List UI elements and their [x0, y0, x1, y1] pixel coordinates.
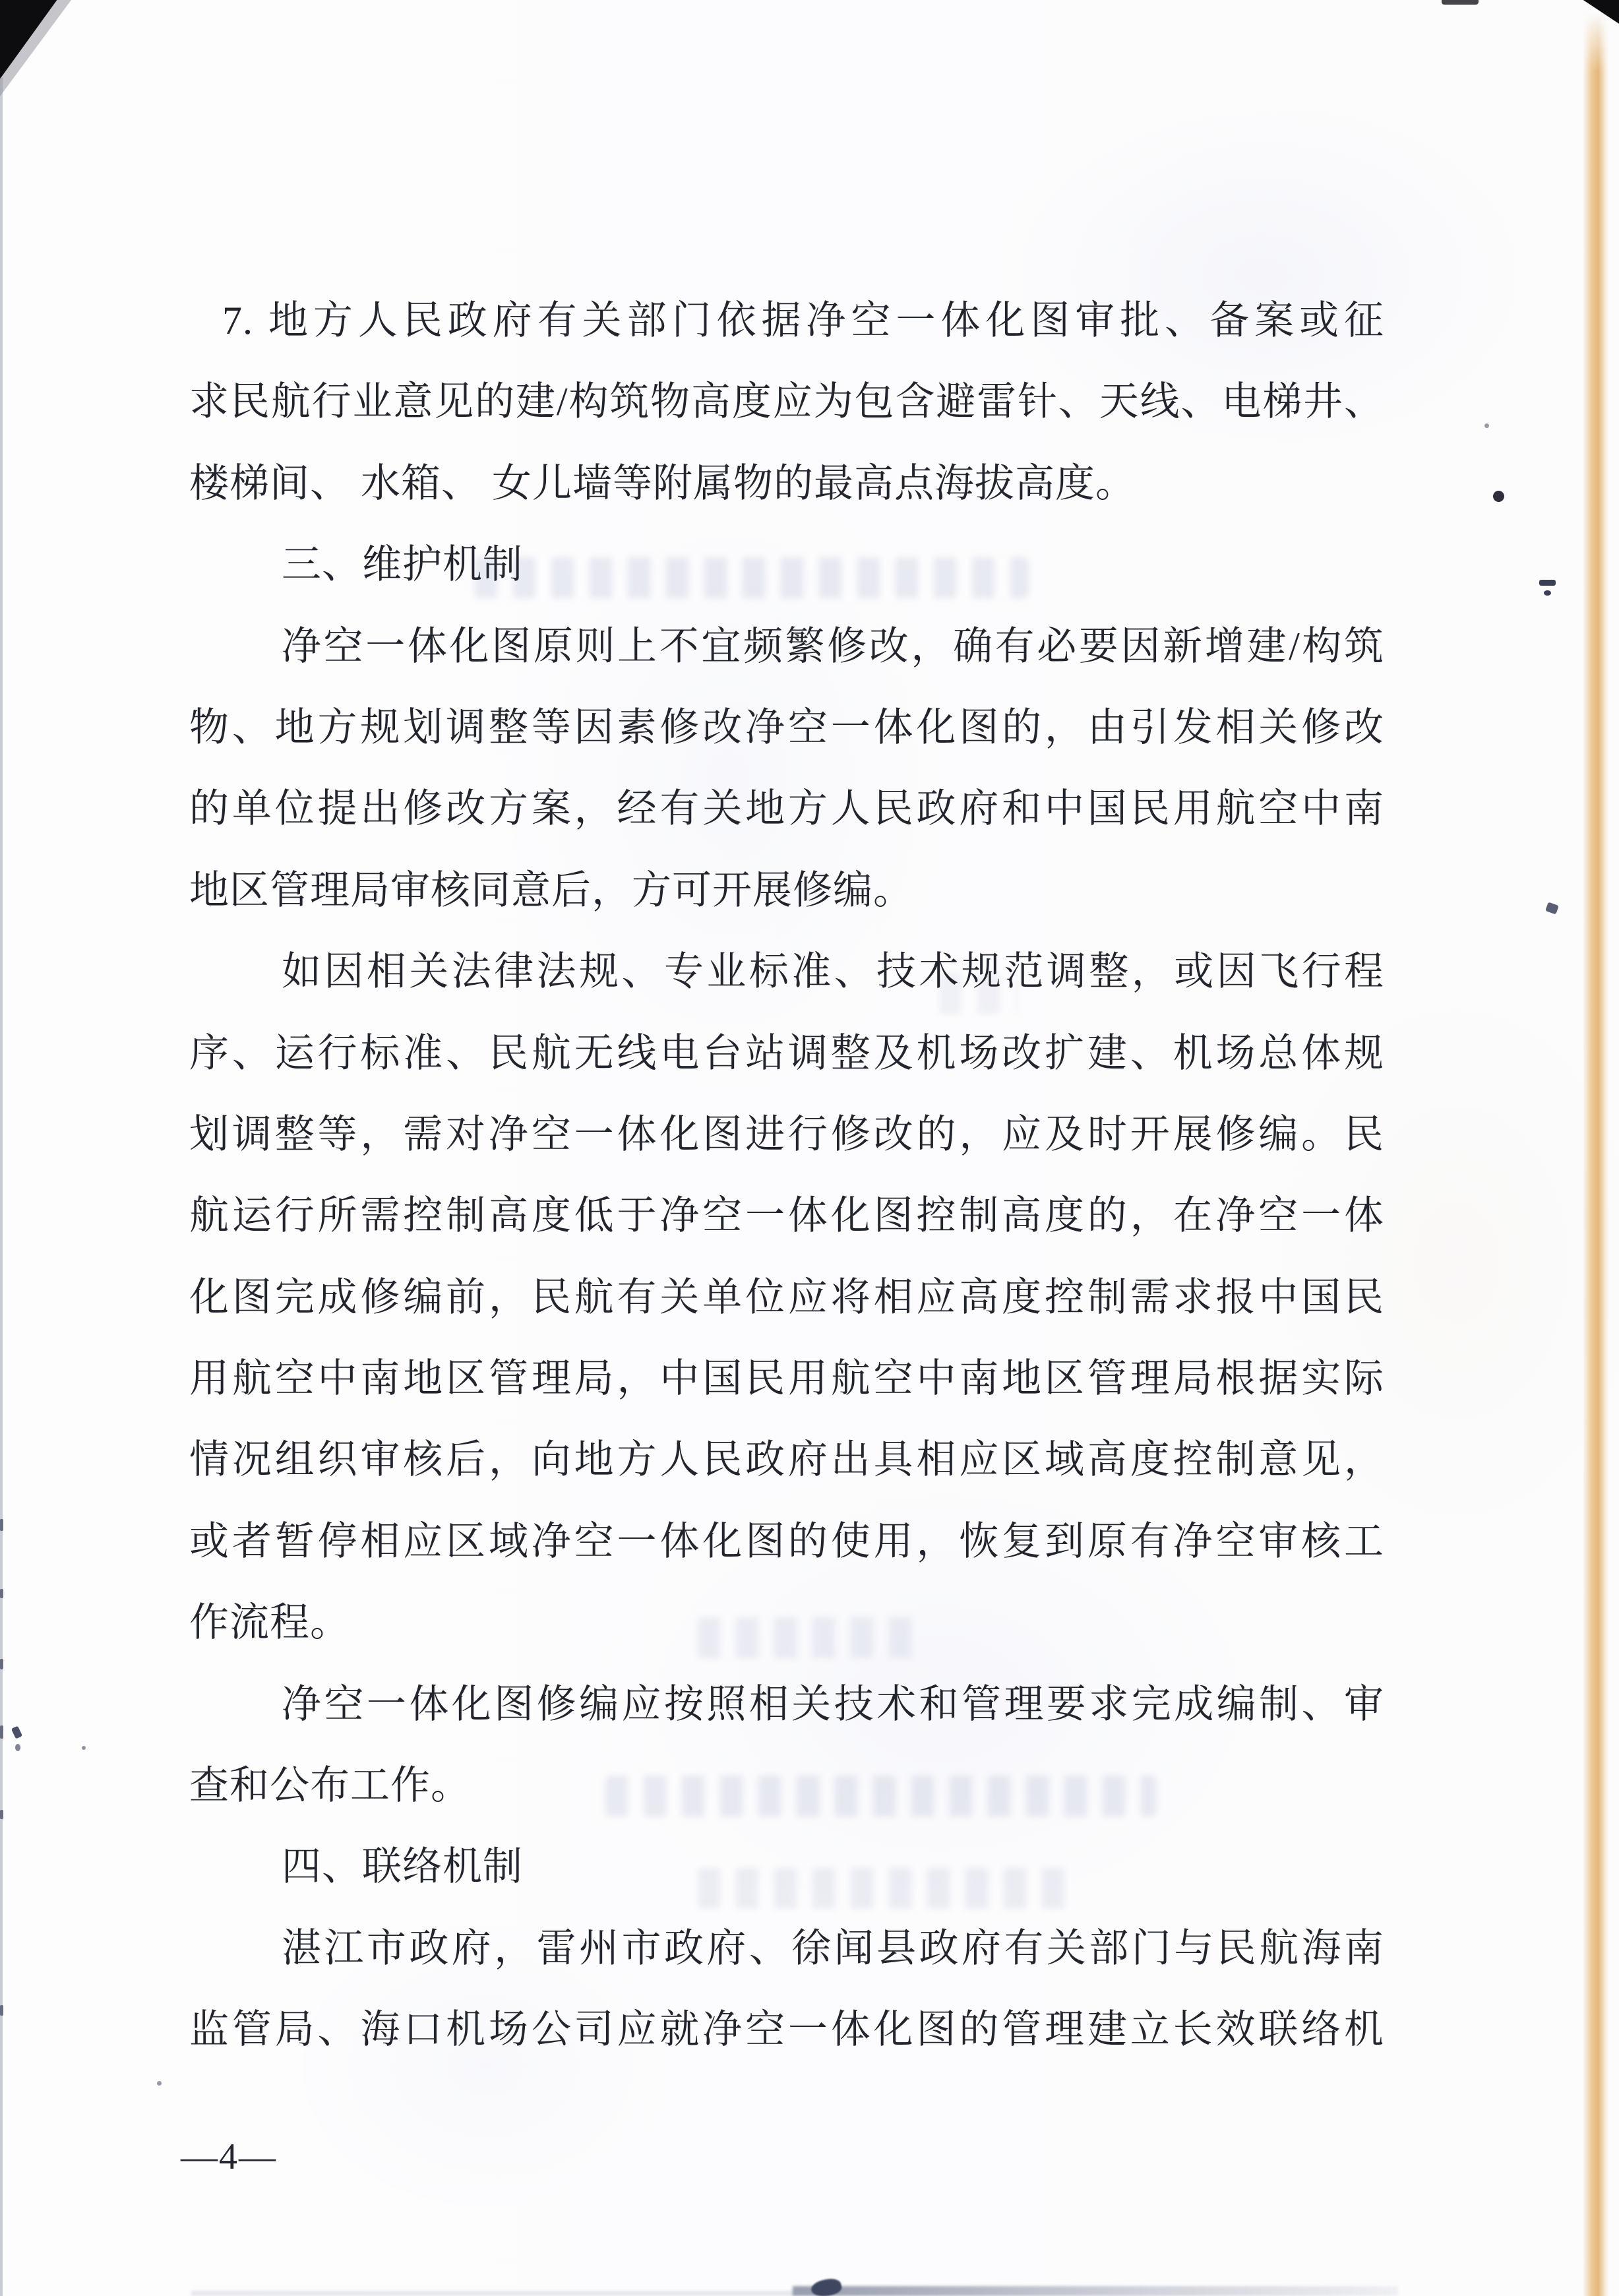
- ink-speck: [1544, 590, 1551, 596]
- ink-speck: [1545, 902, 1559, 915]
- scan-bottom-edge-smudge: [793, 2286, 1398, 2296]
- doc-line: 用航空中南地区管理局，中国民用航空中南地区管理局根据实际: [189, 1338, 1384, 1419]
- doc-line: 航运行所需控制高度低于净空一体化图控制高度的，在净空一体: [189, 1175, 1384, 1257]
- doc-line: 查和公布工作。: [189, 1745, 1384, 1826]
- doc-line: 序、运行标准、民航无线电台站调整及机场改扩建、机场总体规: [189, 1013, 1384, 1094]
- scan-edge-dash: [0, 1659, 3, 1669]
- ink-speck: [82, 1746, 86, 1750]
- section-heading: 四、联络机制: [189, 1826, 1384, 1908]
- doc-line: 7. 地方人民政府有关部门依据净空一体化图审批、备案或征: [189, 280, 1384, 361]
- doc-line: 净空一体化图修编应按照相关技术和管理要求完成编制、审: [189, 1664, 1384, 1745]
- scan-left-edge-line: [0, 78, 3, 2296]
- ink-speck: [15, 1744, 20, 1751]
- doc-line: 监管局、海口机场公司应就净空一体化图的管理建立长效联络机: [189, 1989, 1384, 2070]
- scan-edge-dash: [0, 2005, 3, 2016]
- ink-speck: [1539, 580, 1556, 586]
- scan-top-edge-mark: [1442, 0, 1479, 5]
- document-text-block: 7. 地方人民政府有关部门依据净空一体化图审批、备案或征 求民航行业意见的建/构…: [189, 280, 1384, 2071]
- doc-line: 如因相关法律法规、专业标准、技术规范调整，或因飞行程: [189, 931, 1384, 1012]
- doc-line: 地区管理局审核同意后，方可开展修编。: [189, 850, 1384, 931]
- doc-line: 情况组织审核后，向地方人民政府出具相应区域高度控制意见，: [189, 1419, 1384, 1501]
- doc-line: 净空一体化图原则上不宜频繁修改，确有必要因新增建/构筑: [189, 606, 1384, 687]
- ink-speck: [1484, 423, 1489, 428]
- ink-speck: [1493, 491, 1504, 502]
- scan-bottom-edge-smudge: [191, 2291, 795, 2296]
- doc-line: 或者暂停相应区域净空一体化图的使用，恢复到原有净空审核工: [189, 1501, 1384, 1582]
- binding-strip-right-edge: [1583, 12, 1609, 2296]
- doc-line: 湛江市政府，雷州市政府、徐闻县政府有关部门与民航海南: [189, 1908, 1384, 1989]
- section-heading: 三、维护机制: [189, 524, 1384, 605]
- ink-speck: [11, 1725, 22, 1739]
- scanned-document-page: 7. 地方人民政府有关部门依据净空一体化图审批、备案或征 求民航行业意见的建/构…: [0, 0, 1619, 2296]
- doc-line: 物、地方规划调整等因素修改净空一体化图的，由引发相关修改: [189, 687, 1384, 768]
- doc-line: 的单位提出修改方案，经有关地方人民政府和中国民用航空中南: [189, 768, 1384, 850]
- doc-line: 求民航行业意见的建/构筑物高度应为包含避雷针、天线、电梯井、: [189, 361, 1384, 443]
- doc-line: 划调整等，需对净空一体化图进行修改的，应及时开展修编。民: [189, 1094, 1384, 1175]
- doc-line: 楼梯间、 水箱、 女儿墙等附属物的最高点海拔高度。: [189, 443, 1384, 524]
- page-number: —4—: [181, 2136, 277, 2178]
- scan-edge-dash: [0, 1725, 3, 1739]
- scan-edge-dash: [0, 1519, 3, 1531]
- ink-speck: [157, 2081, 162, 2086]
- scan-edge-dash: [0, 1589, 3, 1598]
- scan-edge-dash: [0, 1810, 3, 1819]
- doc-line: 化图完成修编前，民航有关单位应将相应高度控制需求报中国民: [189, 1257, 1384, 1338]
- doc-line: 作流程。: [189, 1582, 1384, 1663]
